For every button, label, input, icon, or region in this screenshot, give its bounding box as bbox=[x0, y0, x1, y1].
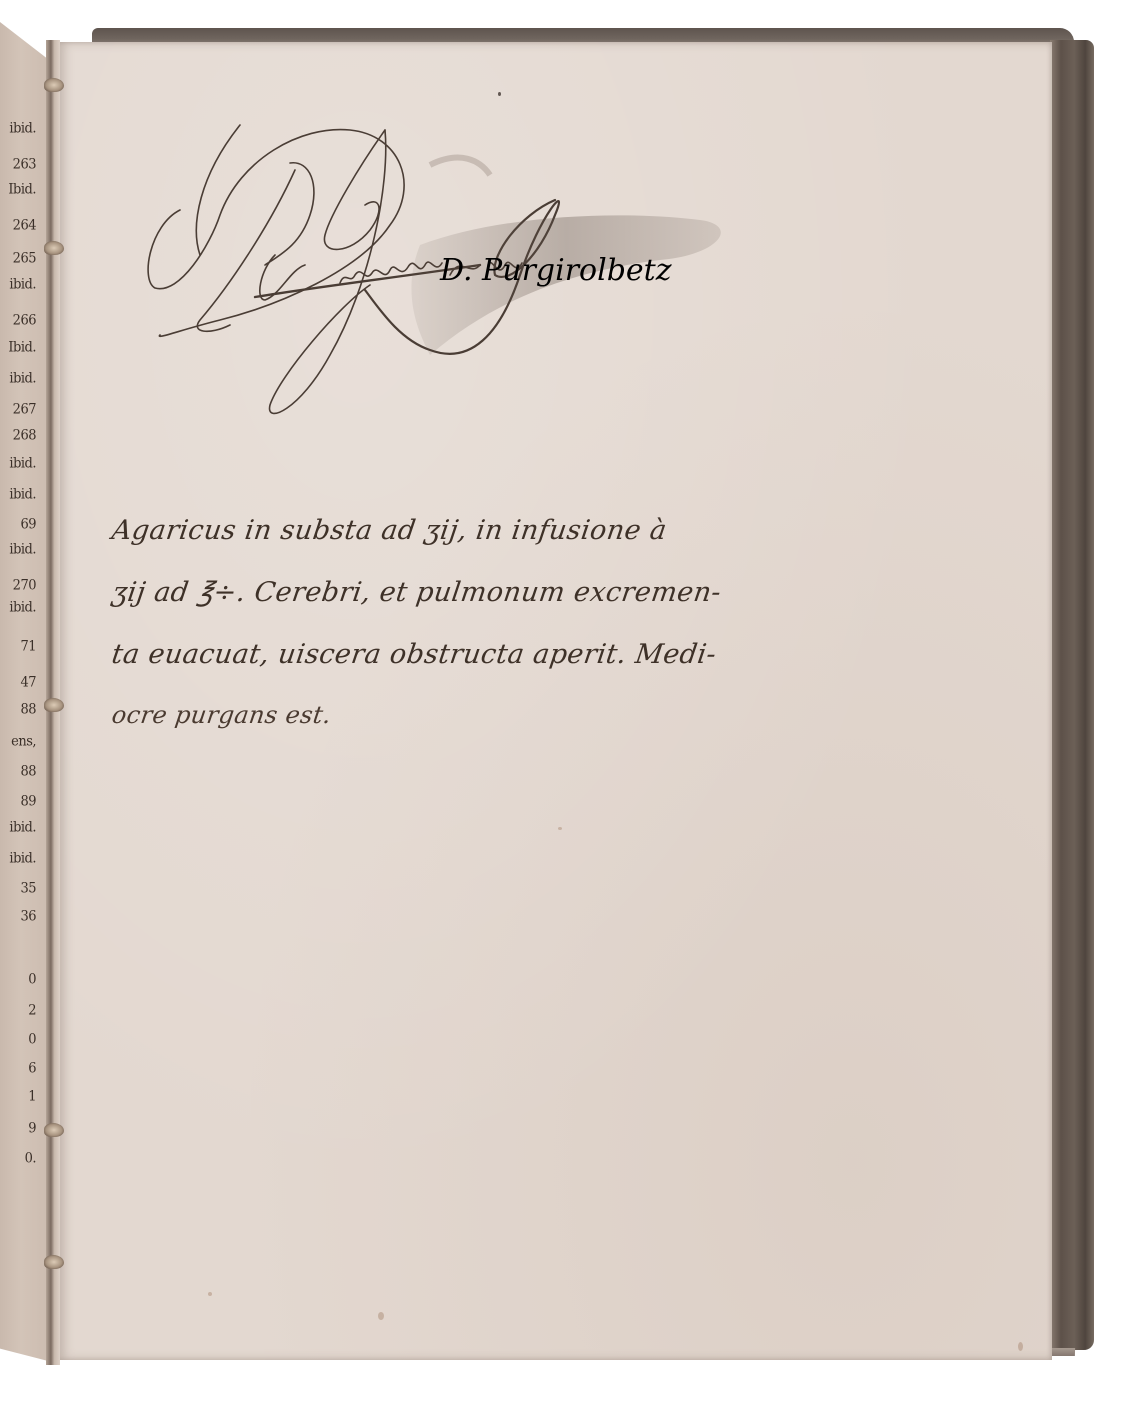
margin-reference: 264 bbox=[13, 217, 36, 234]
margin-reference: ibid. bbox=[9, 819, 36, 836]
margin-reference: 2 bbox=[28, 1002, 36, 1019]
margin-reference: ibid. bbox=[9, 276, 36, 293]
stitch-knot bbox=[44, 1123, 64, 1137]
margin-reference: ibid. bbox=[9, 486, 36, 503]
note-line-1: Agaricus in substa ad ʒij, in infusione … bbox=[108, 500, 857, 562]
margin-reference: 6 bbox=[28, 1060, 36, 1077]
margin-reference: 35 bbox=[20, 880, 36, 897]
stitch-knot bbox=[44, 698, 64, 712]
handwritten-note: Agaricus in substa ad ʒij, in infusione … bbox=[112, 500, 852, 746]
margin-reference: 88 bbox=[20, 701, 36, 718]
stitch-knot bbox=[44, 241, 64, 255]
margin-reference: 267 bbox=[13, 401, 36, 418]
margin-reference: 71 bbox=[20, 638, 36, 655]
margin-reference: 270 bbox=[13, 577, 36, 594]
note-line-2: ʒij ad ℥÷. Cerebri, et pulmonum excremen… bbox=[108, 562, 857, 624]
left-facing-page: ibid.263Ibid.264265ibid.266Ibid.ibid.267… bbox=[0, 22, 52, 1362]
margin-reference: ibid. bbox=[9, 370, 36, 387]
foxing-spot bbox=[558, 827, 562, 830]
stitch-knot bbox=[44, 1255, 64, 1269]
margin-reference: 0 bbox=[28, 971, 36, 988]
margin-reference: 88 bbox=[20, 763, 36, 780]
margin-reference: 265 bbox=[13, 250, 36, 267]
margin-reference: 263 bbox=[13, 156, 36, 173]
ink-speck bbox=[498, 92, 501, 96]
margin-reference: Ibid. bbox=[8, 339, 36, 356]
ownership-signature: D. Purgirolbetz bbox=[100, 105, 960, 435]
book-photograph: ibid.263Ibid.264265ibid.266Ibid.ibid.267… bbox=[0, 0, 1146, 1417]
margin-reference: 0. bbox=[25, 1150, 36, 1167]
margin-reference: ibid. bbox=[9, 599, 36, 616]
margin-reference: 268 bbox=[13, 427, 36, 444]
margin-reference: 266 bbox=[13, 312, 36, 329]
margin-reference: 0 bbox=[28, 1031, 36, 1048]
margin-reference: 36 bbox=[20, 908, 36, 925]
margin-reference: 69 bbox=[20, 516, 36, 533]
margin-reference: 1 bbox=[28, 1088, 36, 1105]
margin-references: ibid.263Ibid.264265ibid.266Ibid.ibid.267… bbox=[0, 22, 46, 1362]
margin-reference: ibid. bbox=[9, 850, 36, 867]
margin-reference: Ibid. bbox=[8, 181, 36, 198]
margin-reference: ibid. bbox=[9, 541, 36, 558]
foxing-spot bbox=[378, 1312, 384, 1320]
margin-reference: ens, bbox=[11, 733, 36, 750]
margin-reference: 47 bbox=[20, 674, 36, 691]
margin-reference: 89 bbox=[20, 793, 36, 810]
margin-reference: ibid. bbox=[9, 455, 36, 472]
margin-reference: 9 bbox=[28, 1120, 36, 1137]
note-line-4: ocre purgans est. bbox=[108, 684, 857, 746]
note-line-3: ta euacuat, uiscera obstructa aperit. Me… bbox=[108, 624, 856, 684]
signature-reading: D. Purgirolbetz bbox=[439, 253, 672, 288]
foxing-spot bbox=[208, 1292, 212, 1296]
margin-reference: ibid. bbox=[9, 120, 36, 137]
stitch-knot bbox=[44, 78, 64, 92]
book-fore-edge bbox=[1050, 40, 1094, 1350]
foxing-spot bbox=[1018, 1342, 1023, 1351]
